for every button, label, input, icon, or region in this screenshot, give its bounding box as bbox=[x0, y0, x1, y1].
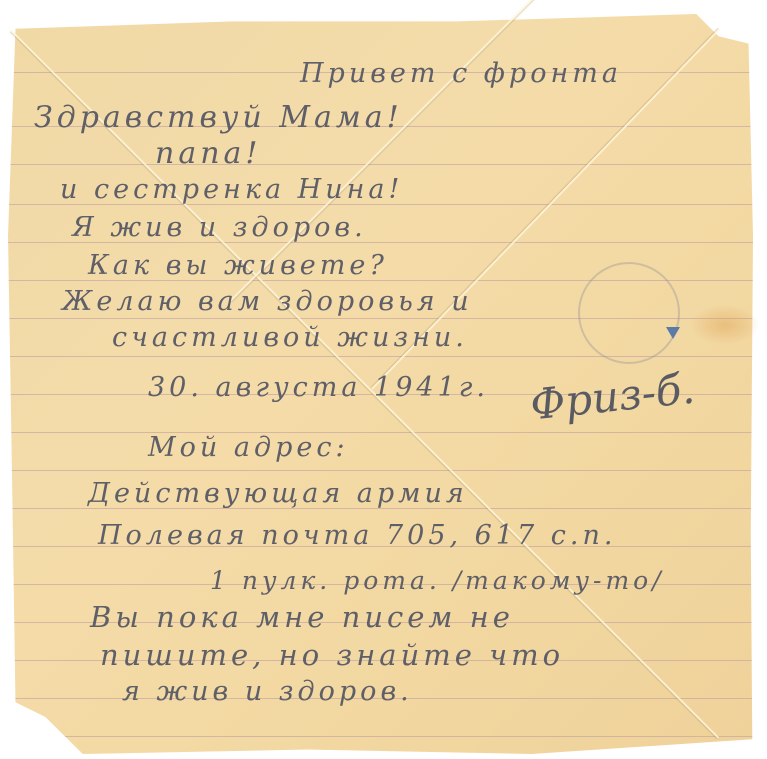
address-line: Действующая армия bbox=[88, 478, 468, 509]
letter-date: 30. августа 1941г. bbox=[148, 372, 489, 403]
water-stain bbox=[690, 305, 760, 345]
letter-line: Здравствуй Мама! bbox=[34, 100, 403, 135]
address-label: Мой адрес: bbox=[148, 432, 349, 463]
ruled-line bbox=[8, 470, 756, 471]
ink-mark bbox=[666, 327, 680, 339]
letter-line: счастливой жизни. bbox=[112, 322, 468, 353]
ruled-line bbox=[8, 432, 756, 433]
closing-line: я жив и здоров. bbox=[122, 676, 413, 707]
letter-line: Желаю вам здоровья и bbox=[62, 286, 473, 317]
letter-heading: Привет с фронта bbox=[300, 58, 622, 89]
postmark-stamp bbox=[578, 262, 680, 364]
letter-line: Как вы живете? bbox=[88, 250, 388, 281]
closing-line: Вы пока мне писем не bbox=[90, 600, 514, 634]
address-line: Полевая почта 705, 617 с.п. bbox=[98, 520, 616, 551]
letter-line: папа! bbox=[155, 136, 261, 171]
closing-line: пишите, но знайте что bbox=[100, 638, 564, 672]
letter-line: Я жив и здоров. bbox=[72, 212, 367, 243]
letter-line: и сестренка Нина! bbox=[60, 174, 403, 205]
address-line: 1 пулк. рота. /такому-то/ bbox=[210, 566, 665, 595]
ruled-line bbox=[8, 736, 756, 737]
ruled-line bbox=[8, 164, 756, 165]
